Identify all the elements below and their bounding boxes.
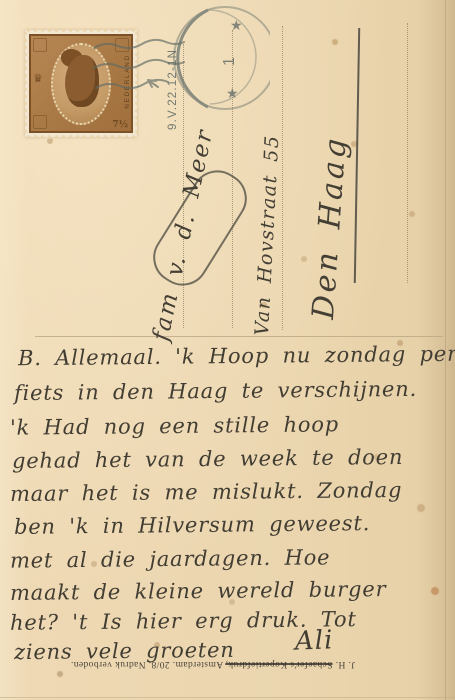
- postmark-cancellation: ★ ★ 1: [90, 0, 270, 140]
- cancel-arrow: [148, 80, 158, 87]
- address-rule-3: [282, 26, 283, 330]
- message-signature: Ali: [294, 625, 333, 656]
- stamp-perforation: [22, 30, 28, 137]
- stamp-ornament: [33, 115, 47, 129]
- message-line: maakt de kleine wereld burger: [10, 577, 387, 605]
- message-line: met al die jaardagen. Hoe: [10, 545, 331, 572]
- stamp-ornament: [33, 38, 47, 52]
- star-icon: ★: [226, 86, 239, 102]
- message-line: B. Allemaal. 'k Hoop nu zondag per: [18, 342, 455, 371]
- postmark-crescent: [178, 10, 208, 107]
- divider-hairline: [35, 336, 443, 337]
- address-city: Den Haag: [306, 135, 354, 321]
- postcard-back: ♛ NEDERLAND 7½ ★ ★ 1 9.V.22.12-1N fam v.…: [0, 0, 455, 700]
- message-line: 'k Had nog een stille hoop: [10, 412, 339, 439]
- publisher-imprint: J. H. Schaefer's Kopertiefdruk, Amsterda…: [10, 655, 355, 669]
- card-bottom-edge: [0, 697, 455, 698]
- postmark-date: 9.V.22.12-1N: [167, 0, 179, 130]
- message-line: ben 'k in Hilversum geweest.: [14, 511, 370, 539]
- address-street: Van Hovstraat 55: [251, 134, 284, 336]
- message-line: gehad het van de week te doen: [12, 445, 403, 473]
- star-icon: ★: [230, 18, 243, 34]
- imprint-prefix: J. H.: [333, 659, 355, 669]
- imprint-rest: Amsterdam. 20/8. Nadruk verboden.: [71, 659, 226, 669]
- paper-age-spots: [0, 0, 4, 4]
- address-rule-4: [407, 23, 408, 283]
- message-line: maar het is me mislukt. Zondag: [10, 478, 402, 506]
- message-line: fiets in den Haag te verschijnen.: [14, 377, 417, 405]
- postmark-zone-number: 1: [221, 57, 238, 66]
- imprint-struck-text: Schaefer's Kopertiefdruk,: [225, 659, 332, 669]
- transit-box-stamp: [143, 161, 256, 296]
- city-underline: [354, 28, 360, 283]
- crown-icon: ♛: [33, 72, 43, 85]
